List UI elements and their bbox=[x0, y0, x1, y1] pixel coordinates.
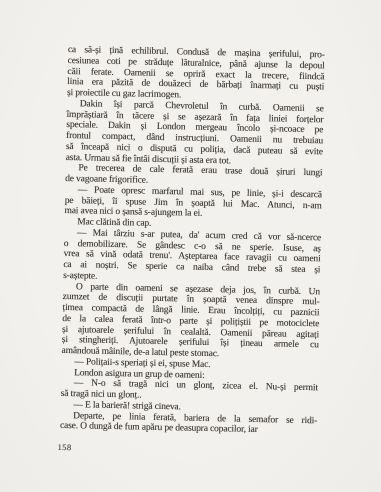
paragraph: Dakin își parcă Chevroletul în curbă. Oa… bbox=[66, 99, 324, 169]
paragraph: O parte din oameni se așezase deja jos, … bbox=[61, 281, 320, 362]
paragraph: ca să-și țină echilibrul. Condusă de maș… bbox=[67, 45, 325, 104]
paragraph: Departe, pe linia ferată, bariera de la … bbox=[60, 410, 317, 437]
book-page: ca să-și țină echilibrul. Condusă de maș… bbox=[0, 0, 381, 492]
paragraph: — Mai târziu s-ar putea, da' acum cred c… bbox=[63, 228, 321, 287]
page-text: ca să-și țină echilibrul. Condusă de maș… bbox=[59, 45, 324, 458]
page-number: 158 bbox=[57, 442, 316, 458]
paragraph: — Poate opresc marfarul mai sus, pe lini… bbox=[64, 185, 322, 223]
